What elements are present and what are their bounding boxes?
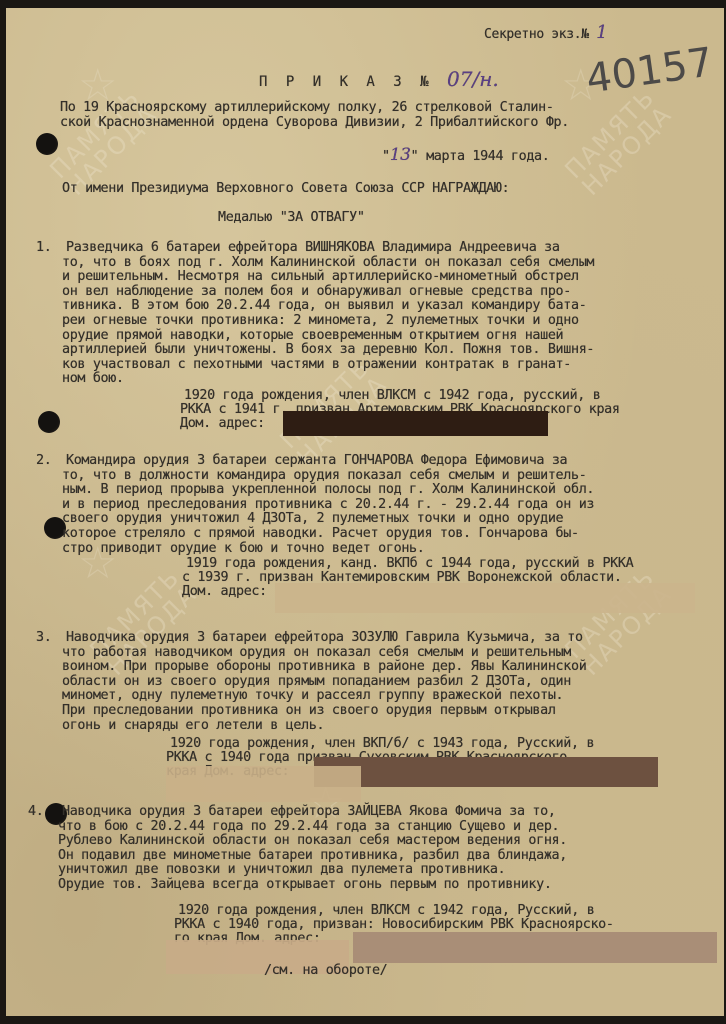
entry-citation-line: огонь и снаряды его летели в цель.: [62, 719, 324, 733]
entry-citation-line: Рублево Калининской области он показал с…: [58, 834, 567, 848]
entry-citation-line: Разведчика 6 батареи ефрейтора ВИШНЯКОВА…: [66, 241, 560, 255]
entry-bio-line: РККА с 1940 года, призван: Новосибирским…: [174, 918, 614, 932]
redacted-address: [166, 766, 361, 802]
entry-citation-line: При преследовании противника он из своег…: [62, 704, 556, 718]
entry-citation-line: Командира орудия 3 батареи сержанта ГОНЧ…: [66, 454, 567, 468]
entry-citation-line: воином. При прорыве обороны противника в…: [62, 660, 586, 674]
entry-citation-line: стро приводит орудие к бою и точно ведет…: [62, 542, 424, 556]
entry-citation-line: реи огневые точки противника: 2 миномета…: [62, 314, 579, 328]
entry-bio-line: 1919 года рождения, канд. ВКПб с 1944 го…: [186, 557, 633, 571]
redacted-address: [283, 411, 548, 436]
entry-citation-line: и решительным. Несмотря на сильный артил…: [62, 270, 579, 284]
entry-number: 2.: [36, 454, 51, 468]
redacted-address: [314, 757, 658, 787]
entry-citation-line: ным. В период прорыва укрепленной полосы…: [62, 483, 594, 497]
entry-citation-line: уничтожил две повозки и уничтожил два пу…: [58, 863, 505, 877]
entry-bio-line: 1920 года рождения, член ВЛКСМ с 1942 го…: [178, 904, 594, 918]
entry-citation-line: то, что в боях под г. Холм Калининской о…: [62, 256, 594, 270]
intro-line: ской Краснознаменной ордена Суворова Див…: [60, 116, 569, 130]
entry-citation-line: Наводчика орудия 3 батареи ефрейтора ЗАЙ…: [62, 805, 556, 819]
archive-number-pencil: 40157: [583, 39, 715, 102]
entry-citation-line: он вел наблюдение за полем боя и обнаруж…: [62, 285, 571, 299]
secrecy-stamp: Секретно экз.№ 1: [484, 26, 607, 42]
entry-citation-line: то, что в должности командира орудия пок…: [62, 469, 586, 483]
entry-citation-line: тивника. В этом бою 20.2.44 года, он выя…: [62, 299, 586, 313]
entry-citation-line: Он подавил две минометные батареи против…: [58, 849, 567, 863]
entry-citation-line: которое стреляло с прямой наводки. Расче…: [62, 527, 579, 541]
entry-number: 1.: [36, 241, 51, 255]
entry-citation-line: Наводчика орудия 3 батареи ефрейтора ЗОЗ…: [66, 631, 583, 645]
punch-hole: [36, 133, 58, 155]
entry-number: 3.: [36, 631, 51, 645]
medal-name: Медалью "ЗА ОТВАГУ": [218, 211, 365, 225]
punch-hole: [38, 411, 60, 433]
entry-citation-line: миномет, одну пулеметную точку и рассеял…: [62, 689, 563, 703]
entry-citation-line: ков участвовал с пехотными частями в отр…: [62, 358, 571, 372]
entry-citation-line: своего орудия уничтожил 4 ДЗОТа, 2 пулем…: [62, 512, 563, 526]
entry-bio-line: 1920 года рождения, член ВКП/б/ с 1943 г…: [170, 737, 594, 751]
entry-bio-line: Дом. адрес:: [180, 417, 265, 431]
order-title: П Р И К А З № 07/н.: [259, 72, 499, 89]
award-order-document: ☆ ☆ ☆ ☆ ПАМЯТЬ НАРОДА ПАМЯТЬ НАРОДА ПАМЯ…: [6, 8, 724, 1016]
entry-citation-line: ном бою.: [62, 372, 124, 386]
intro-line: По 19 Красноярскому артиллерийскому полк…: [60, 101, 554, 115]
redacted-address: [275, 583, 695, 613]
entry-bio-line: 1920 года рождения, член ВЛКСМ с 1942 го…: [184, 389, 600, 403]
entry-citation-line: и в период преследования противника с 20…: [62, 498, 594, 512]
entry-citation-line: артиллерией были уничтожены. В боях за д…: [62, 343, 594, 357]
redacted-address: [353, 932, 717, 963]
order-date: "13" марта 1944 года.: [382, 148, 549, 164]
entry-citation-line: что в бою с 20.2.44 года по 29.2.44 года…: [58, 820, 559, 834]
entry-citation-line: Орудие тов. Зайцева всегда открывает ого…: [58, 878, 552, 892]
entry-citation-line: что работая наводчиком орудия он показал…: [62, 646, 571, 660]
entry-citation-line: области он из своего орудия прямым попад…: [62, 675, 571, 689]
copy-number: 1: [596, 22, 607, 43]
order-number: 07/н.: [447, 67, 499, 91]
entry-citation-line: орудие прямой наводки, которые своевреме…: [62, 329, 563, 343]
entry-number: 4.: [28, 805, 43, 819]
entry-bio-line: Дом. адрес:: [182, 585, 267, 599]
preamble: От имени Президиума Верховного Совета Со…: [62, 182, 509, 196]
see-reverse-note: /см. на обороте/: [264, 964, 387, 978]
